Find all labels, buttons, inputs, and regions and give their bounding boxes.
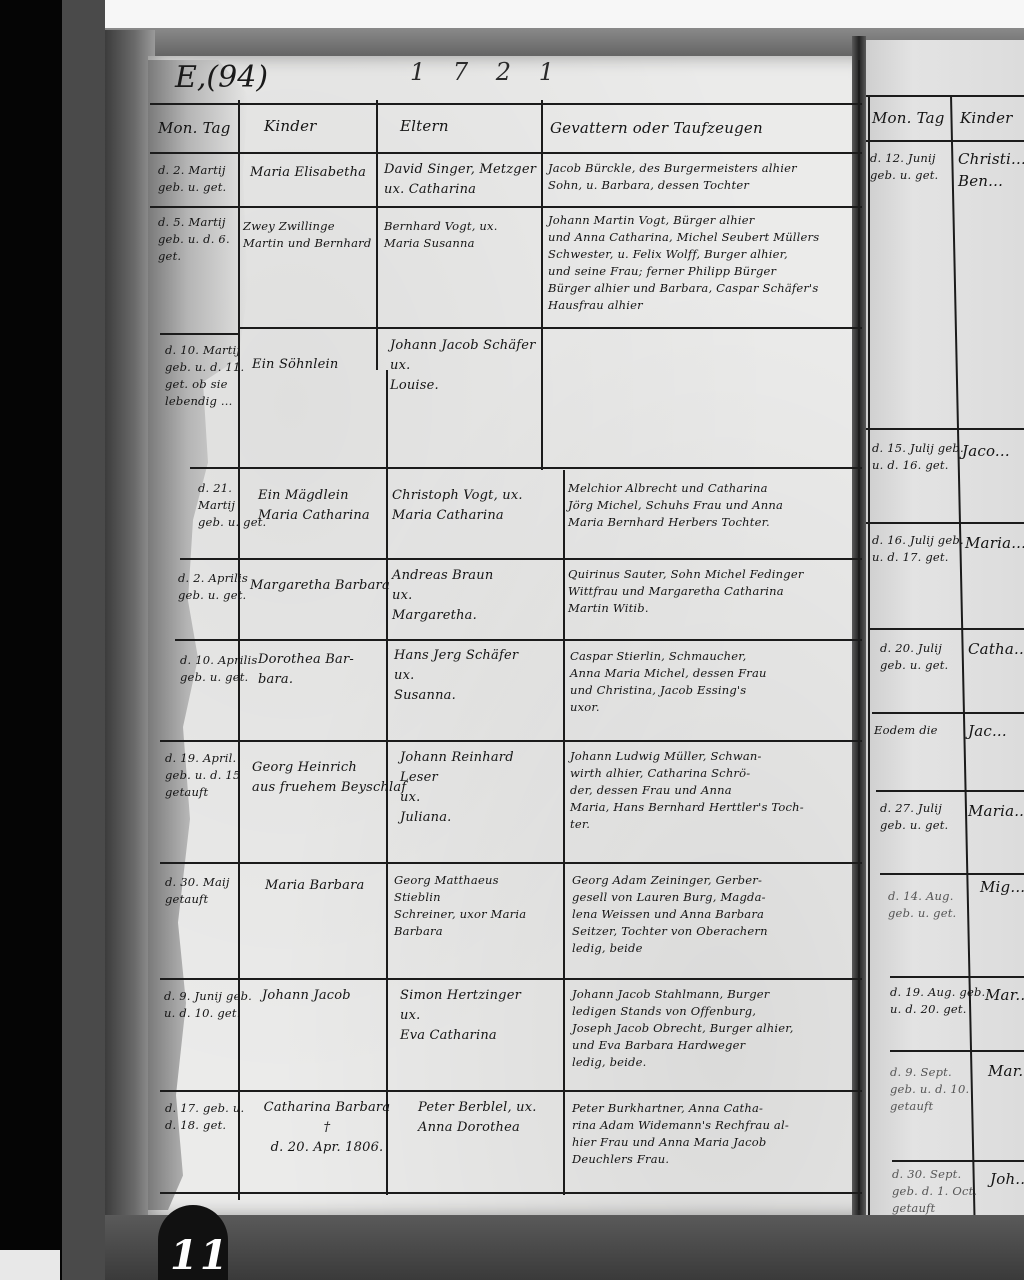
rule-row-2b bbox=[160, 333, 240, 335]
scanner-border-left bbox=[0, 0, 62, 1280]
row-2-child: Zwey Zwillinge Martin und Bernhard bbox=[243, 218, 371, 252]
row-1-godparents: Jacob Bürckle, des Burgermeisters alhier… bbox=[548, 160, 858, 194]
row-1-date: d. 2. Martij geb. u. get. bbox=[158, 162, 226, 196]
rule-bottom bbox=[160, 1192, 862, 1194]
right-row-5-date: Eodem die bbox=[874, 722, 938, 739]
row-7-date: d. 19. April. geb. u. d. 15 getauft bbox=[165, 750, 240, 801]
scanner-margin bbox=[62, 0, 107, 1280]
row-5-godparents: Quirinus Sauter, Sohn Michel Fedinger Wi… bbox=[568, 566, 858, 617]
year-heading: 1 7 2 1 bbox=[410, 58, 564, 86]
right-row-3-date: d. 16. Julij geb. u. d. 17. get. bbox=[872, 532, 964, 566]
right-row-7-date: d. 14. Aug. geb. u. get. bbox=[888, 888, 956, 922]
right-row-1-child: Christi... Ben... bbox=[958, 148, 1024, 192]
rule-top bbox=[150, 103, 862, 105]
right-col-header-child: Kinder bbox=[960, 108, 1013, 128]
right-rule-7 bbox=[890, 976, 1024, 978]
rule-row-3 bbox=[190, 467, 862, 469]
col-header-child: Kinder bbox=[264, 116, 317, 136]
row-4-child: Ein Mägdlein Maria Catharina bbox=[258, 486, 370, 526]
row-8-date: d. 30. Maij getauft bbox=[165, 874, 230, 908]
right-rule-6 bbox=[880, 873, 1024, 875]
col-header-godparents: Gevattern oder Taufzeugen bbox=[550, 118, 763, 138]
row-3-parents: Johann Jacob Schäfer ux. Louise. bbox=[390, 336, 536, 396]
row-6-date: d. 10. Aprilis geb. u. get. bbox=[180, 652, 258, 686]
row-9-godparents: Johann Jacob Stahlmann, Burger ledigen S… bbox=[572, 986, 860, 1071]
folio-number: E,(94) bbox=[175, 60, 268, 95]
row-2-parents: Bernhard Vogt, ux. Maria Susanna bbox=[384, 218, 498, 252]
row-3-date: d. 10. Martij geb. u. d. 11. get. ob sie… bbox=[165, 342, 244, 410]
row-8-child: Maria Barbara bbox=[265, 876, 364, 896]
row-5-date: d. 2. Aprilis geb. u. get. bbox=[178, 570, 248, 604]
row-8-godparents: Georg Adam Zeininger, Gerber- gesell von… bbox=[572, 872, 860, 957]
col-rule-child bbox=[376, 100, 378, 370]
right-row-5-child: Jac... bbox=[968, 720, 1007, 742]
row-10-child: Catharina Barbara † d. 20. Apr. 1806. bbox=[262, 1098, 392, 1158]
row-4-godparents: Melchior Albrecht und Catharina Jörg Mic… bbox=[568, 480, 858, 531]
right-row-6-child: Maria... bbox=[968, 800, 1024, 822]
row-3-child: Ein Söhnlein bbox=[252, 355, 338, 375]
row-4-date: d. 21. Martij geb. u. get. bbox=[198, 480, 266, 531]
rule-row-8 bbox=[160, 978, 862, 980]
col-rule-date bbox=[238, 100, 240, 1200]
right-row-10-child: Joh... bbox=[990, 1168, 1024, 1190]
row-6-godparents: Caspar Stierlin, Schmaucher, Anna Maria … bbox=[570, 648, 860, 716]
col-rule-parents bbox=[541, 100, 543, 470]
col-rule-parents-lower bbox=[563, 470, 565, 1195]
right-col-header-date: Mon. Tag bbox=[872, 108, 945, 128]
row-5-child: Margaretha Barbara bbox=[250, 576, 390, 596]
right-row-4-child: Catha... bbox=[968, 638, 1024, 660]
scan-bottom-margin bbox=[0, 1250, 60, 1280]
right-col-rule-left bbox=[868, 95, 870, 1235]
rule-row-7 bbox=[160, 862, 862, 864]
page-marker-number: 11 bbox=[170, 1232, 230, 1279]
right-row-9-child: Mar... bbox=[988, 1060, 1024, 1082]
right-rule-9 bbox=[892, 1160, 1024, 1162]
right-row-10-date: d. 30. Sept. geb. d. 1. Oct. getauft bbox=[892, 1166, 977, 1217]
row-10-parents: Peter Berblel, ux. Anna Dorothea bbox=[418, 1098, 537, 1138]
right-row-6-date: d. 27. Julij geb. u. get. bbox=[880, 800, 948, 834]
row-6-parents: Hans Jerg Schäfer ux. Susanna. bbox=[394, 646, 518, 706]
right-rule-8 bbox=[890, 1050, 1024, 1052]
row-10-godparents: Peter Burkhartner, Anna Catha- rina Adam… bbox=[572, 1100, 860, 1168]
right-rule-4 bbox=[872, 712, 1024, 714]
col-header-date: Mon. Tag bbox=[158, 118, 231, 138]
row-9-child: Johann Jacob bbox=[262, 986, 351, 1006]
right-row-3-child: Maria... bbox=[965, 532, 1024, 554]
right-rule-header-top bbox=[866, 95, 1024, 97]
right-row-9-date: d. 9. Sept. geb. u. d. 10. getauft bbox=[890, 1064, 969, 1115]
right-rule-3 bbox=[870, 628, 1024, 630]
row-9-date: d. 9. Junij geb. u. d. 10. get. bbox=[164, 988, 252, 1022]
right-rule-1 bbox=[866, 428, 1024, 430]
right-row-4-date: d. 20. Julij geb. u. get. bbox=[880, 640, 948, 674]
rule-row-6 bbox=[160, 740, 862, 742]
row-1-child: Maria Elisabetha bbox=[250, 163, 366, 183]
row-7-godparents: Johann Ludwig Müller, Schwan- wirth alhi… bbox=[570, 748, 860, 833]
row-2-date: d. 5. Martij geb. u. d. 6. get. bbox=[158, 214, 230, 265]
rule-row-1 bbox=[150, 206, 862, 208]
right-rule-header-bottom bbox=[866, 140, 1024, 142]
row-7-parents: Johann Reinhard Leser ux. Juliana. bbox=[400, 748, 514, 828]
row-4-parents: Christoph Vogt, ux. Maria Catharina bbox=[392, 486, 523, 526]
rule-row-5 bbox=[175, 639, 862, 641]
rule-row-9 bbox=[160, 1090, 862, 1092]
right-row-8-date: d. 19. Aug. geb. u. d. 20. get. bbox=[890, 984, 985, 1018]
row-8-parents: Georg Matthaeus Stieblin Schreiner, uxor… bbox=[394, 872, 526, 940]
right-rule-5 bbox=[876, 790, 1024, 792]
rule-header-bottom bbox=[150, 152, 862, 154]
row-9-parents: Simon Hertzinger ux. Eva Catharina bbox=[400, 986, 521, 1046]
right-row-2-date: d. 15. Julij geb. u. d. 16. get. bbox=[872, 440, 964, 474]
row-6-child: Dorothea Bar- bara. bbox=[258, 650, 354, 690]
rule-row-2 bbox=[240, 327, 862, 329]
rule-row-4 bbox=[180, 558, 862, 560]
row-7-child: Georg Heinrich aus fruehem Beyschlaf bbox=[252, 758, 406, 798]
row-2-godparents: Johann Martin Vogt, Bürger alhier und An… bbox=[548, 212, 858, 314]
right-rule-2 bbox=[866, 522, 1024, 524]
row-5-parents: Andreas Braun ux. Margaretha. bbox=[392, 566, 493, 626]
right-row-8-child: Mar... bbox=[985, 984, 1024, 1006]
row-10-date: d. 17. geb. u. d. 18. get. bbox=[165, 1100, 244, 1134]
right-row-1-date: d. 12. Junij geb. u. get. bbox=[870, 150, 938, 184]
book-bottom-edge bbox=[105, 1215, 1024, 1280]
row-1-parents: David Singer, Metzger ux. Catharina bbox=[384, 160, 536, 200]
right-row-7-child: Mig... bbox=[980, 876, 1024, 898]
col-header-parents: Eltern bbox=[400, 116, 449, 136]
right-row-2-child: Jaco... bbox=[962, 440, 1010, 462]
